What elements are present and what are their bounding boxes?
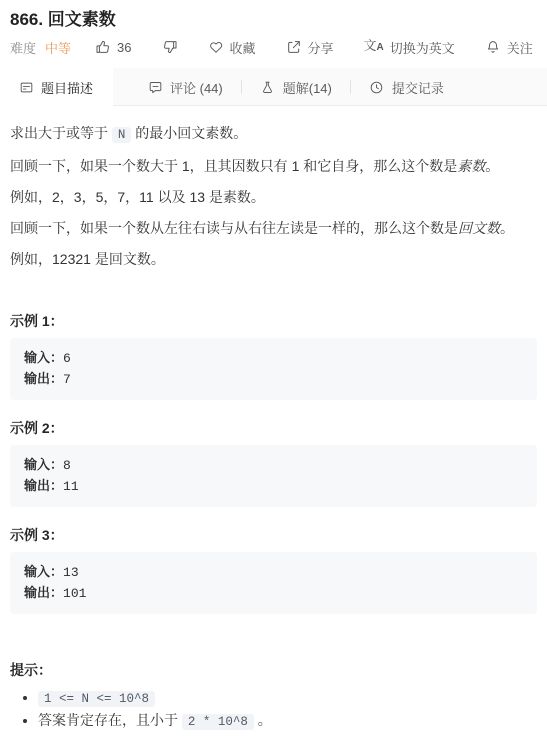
favorite-button[interactable]: 收藏 (208, 38, 256, 57)
favorite-label: 收藏 (230, 38, 256, 57)
hint-item: 答案肯定存在，且小于 2 * 10^8 。 (38, 710, 537, 733)
tab-submissions[interactable]: 提交记录 (351, 68, 462, 106)
hints-title: 提示： (10, 659, 537, 681)
meta-row: 难度 中等 36 收藏 分享 文A (10, 38, 535, 56)
translate-label: 切换为英文 (390, 38, 455, 57)
example-input-line: 输入：8 (24, 455, 523, 476)
example-3-title: 示例 3： (10, 524, 537, 546)
inline-code: N (112, 127, 132, 143)
paragraph: 回顾一下，如果一个数从左往右读与从右往左读是一样的，那么这个数是回文数。 (10, 217, 537, 239)
comment-icon (147, 79, 163, 95)
example-output-line: 输出：7 (24, 369, 523, 390)
example-output-line: 输出：101 (24, 583, 523, 604)
example-1-box: 输入：6 输出：7 (10, 338, 537, 400)
problem-header: 866. 回文素数 难度 中等 36 收藏 分享 (0, 0, 547, 68)
follow-label: 关注 (507, 38, 533, 57)
hints-list: 1 <= N <= 10^8 答案肯定存在，且小于 2 * 10^8 。 (10, 687, 537, 733)
example-3-box: 输入：13 输出：101 (10, 552, 537, 614)
inline-code: 1 <= N <= 10^8 (38, 691, 155, 707)
flask-icon (260, 79, 276, 95)
paragraph: 回顾一下，如果一个数大于 1，且其因数只有 1 和它自身，那么这个数是素数。 (10, 155, 537, 177)
description-icon (18, 79, 34, 95)
example-2-title: 示例 2： (10, 417, 537, 439)
follow-button[interactable]: 关注 (485, 38, 533, 57)
paragraph: 求出大于或等于 N 的最小回文素数。 (10, 122, 537, 146)
share-label: 分享 (308, 38, 334, 57)
bell-icon (485, 39, 501, 55)
page-title: 866. 回文素数 (10, 8, 535, 32)
tab-submissions-label: 提交记录 (392, 78, 444, 97)
tab-comments-label: 评论 (44) (170, 78, 223, 97)
tab-description-label: 题目描述 (41, 78, 93, 97)
difficulty-badge: 中等 (45, 38, 71, 57)
example-2-box: 输入：8 输出：11 (10, 445, 537, 507)
hint-item: 1 <= N <= 10^8 (38, 687, 537, 710)
like-count: 36 (117, 40, 131, 55)
tab-description[interactable]: 题目描述 (0, 68, 113, 106)
example-1-title: 示例 1： (10, 310, 537, 332)
difficulty: 难度 中等 (10, 38, 71, 57)
thumbs-down-icon (162, 39, 178, 55)
thumbs-up-icon (95, 39, 111, 55)
example-input-line: 输入：6 (24, 348, 523, 369)
like-button[interactable]: 36 (95, 39, 131, 55)
share-icon (286, 39, 302, 55)
paragraph: 例如，2，3，5，7，11 以及 13 是素数。 (10, 186, 537, 208)
example-input-line: 输入：13 (24, 562, 523, 583)
tab-comments[interactable]: 评论 (44) (129, 68, 241, 106)
dislike-button[interactable] (162, 39, 178, 55)
difficulty-label: 难度 (10, 38, 36, 57)
inline-code: 2 * 10^8 (182, 714, 254, 730)
problem-description: 求出大于或等于 N 的最小回文素数。 回顾一下，如果一个数大于 1，且其因数只有… (0, 106, 547, 733)
translate-icon: 文A (364, 38, 384, 56)
share-button[interactable]: 分享 (286, 38, 334, 57)
translate-button[interactable]: 文A 切换为英文 (364, 38, 455, 57)
heart-icon (208, 39, 224, 55)
tab-bar: 题目描述 评论 (44) 题解(14) 提交记录 (0, 68, 547, 106)
tab-solutions-label: 题解(14) (283, 78, 332, 97)
paragraph: 例如，12321 是回文数。 (10, 248, 537, 270)
tab-solutions[interactable]: 题解(14) (242, 68, 350, 106)
example-output-line: 输出：11 (24, 476, 523, 497)
clock-icon (369, 79, 385, 95)
